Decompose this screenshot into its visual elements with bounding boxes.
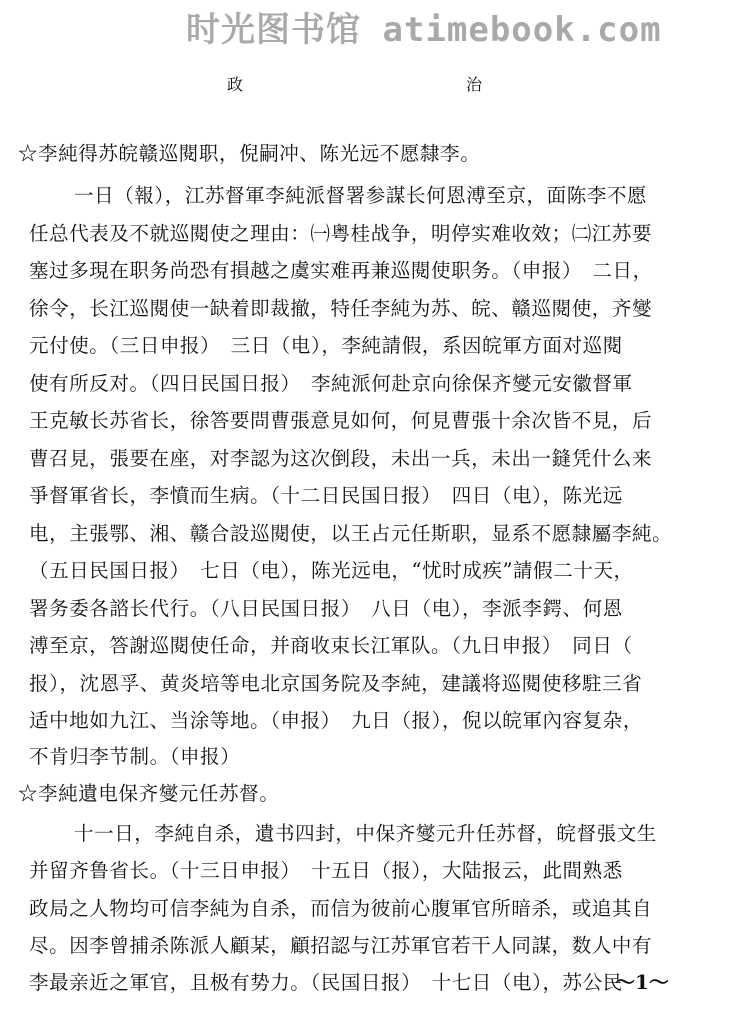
section-title-char: 治 xyxy=(466,70,482,100)
text-line: 政局之人物均可信李純为自杀，而信为彼前心腹軍官所暗杀，或追其自 xyxy=(29,895,652,923)
text-line: 尽。因李曾捕杀陈派人顧某，顧招認与江苏軍官若干人同謀，数人中有 xyxy=(29,932,652,960)
text-line: ☆李純遺电保齐燮元任苏督。 xyxy=(18,780,279,808)
text-line: 爭督軍省长，李憤而生病。（十二日民国日报） 四日（电），陈光远 xyxy=(29,482,623,510)
watermark: 时光图书馆 atimebook.com xyxy=(186,10,743,50)
text-line: 不肯归李节制。（申报） xyxy=(29,743,240,771)
page-number: ～1～ xyxy=(615,968,669,996)
text-line: 溥至京，答謝巡閱使任命，并商收束长江軍队。（九日申报） 同日（ xyxy=(29,632,633,660)
text-line: 李最亲近之軍官，且极有势力。（民国日报） 十七日（电），苏公民 xyxy=(29,969,623,997)
text-line: 电，主張鄂、湘、赣合設巡閱使，以王占元任斯职，显系不愿隸屬李純。 xyxy=(29,520,672,548)
text-line: 徐令，长江巡閱使一缺着即裁撤，特任李純为苏、皖、赣巡閱使，齐燮 xyxy=(29,295,652,323)
text-line: 王克敏长苏省长，徐答要問曹張意見如何，何見曹張十余次皆不見，后 xyxy=(29,407,652,435)
text-line: 一日（報），江苏督軍李純派督署参謀长何恩溥至京，面陈李不愿 xyxy=(74,182,647,210)
text-line: 使有所反对。（四日民国日报） 李純派何赴京向徐保齐燮元安徽督軍 xyxy=(29,370,633,398)
text-line: 曹召見，張要在座，对李認为这次倒段，未出一兵，未出一鏠凭什么来 xyxy=(29,445,652,473)
text-line: 任总代表及不就巡閱使之理由：㈠粤桂战争，明停实难收效；㈡江苏要 xyxy=(29,220,652,248)
text-line: 适中地如九江、当涂等地。（申报） 九日（报），倪以皖軍內容复杂， xyxy=(29,707,643,735)
text-line: 元付使。（三日申报） 三日（电），李純請假，系因皖軍方面对巡閱 xyxy=(29,332,623,360)
text-line: 十一日，李純自杀，遺书四封，中保齐燮元升任苏督，皖督張文生 xyxy=(74,820,657,848)
text-line: 塞过多現在职务尚恐有損越之虞实难再兼巡閱使职务。（申报） 二日， xyxy=(29,257,653,285)
section-title: 政 治 xyxy=(0,70,743,100)
text-line: 报），沈恩孚、黄炎培等电北京国务院及李純，建議将巡閱使移駐三省 xyxy=(29,670,642,698)
text-line: 署务委各諮长代行。（八日民国日报） 八日（电），李派李鍔、何恩 xyxy=(29,595,623,623)
section-title-char: 政 xyxy=(227,70,243,100)
text-line: 并留齐鲁省长。（十三日申报） 十五日（报），大陆报云，此間熟悉 xyxy=(29,857,623,885)
text-line: （五日民国日报） 七日（电），陈光远电，“忧时成疾”請假二十天， xyxy=(29,557,634,585)
text-line: ☆李純得苏皖赣巡閱职，倪嗣冲、陈光远不愿隸李。 xyxy=(18,140,480,168)
